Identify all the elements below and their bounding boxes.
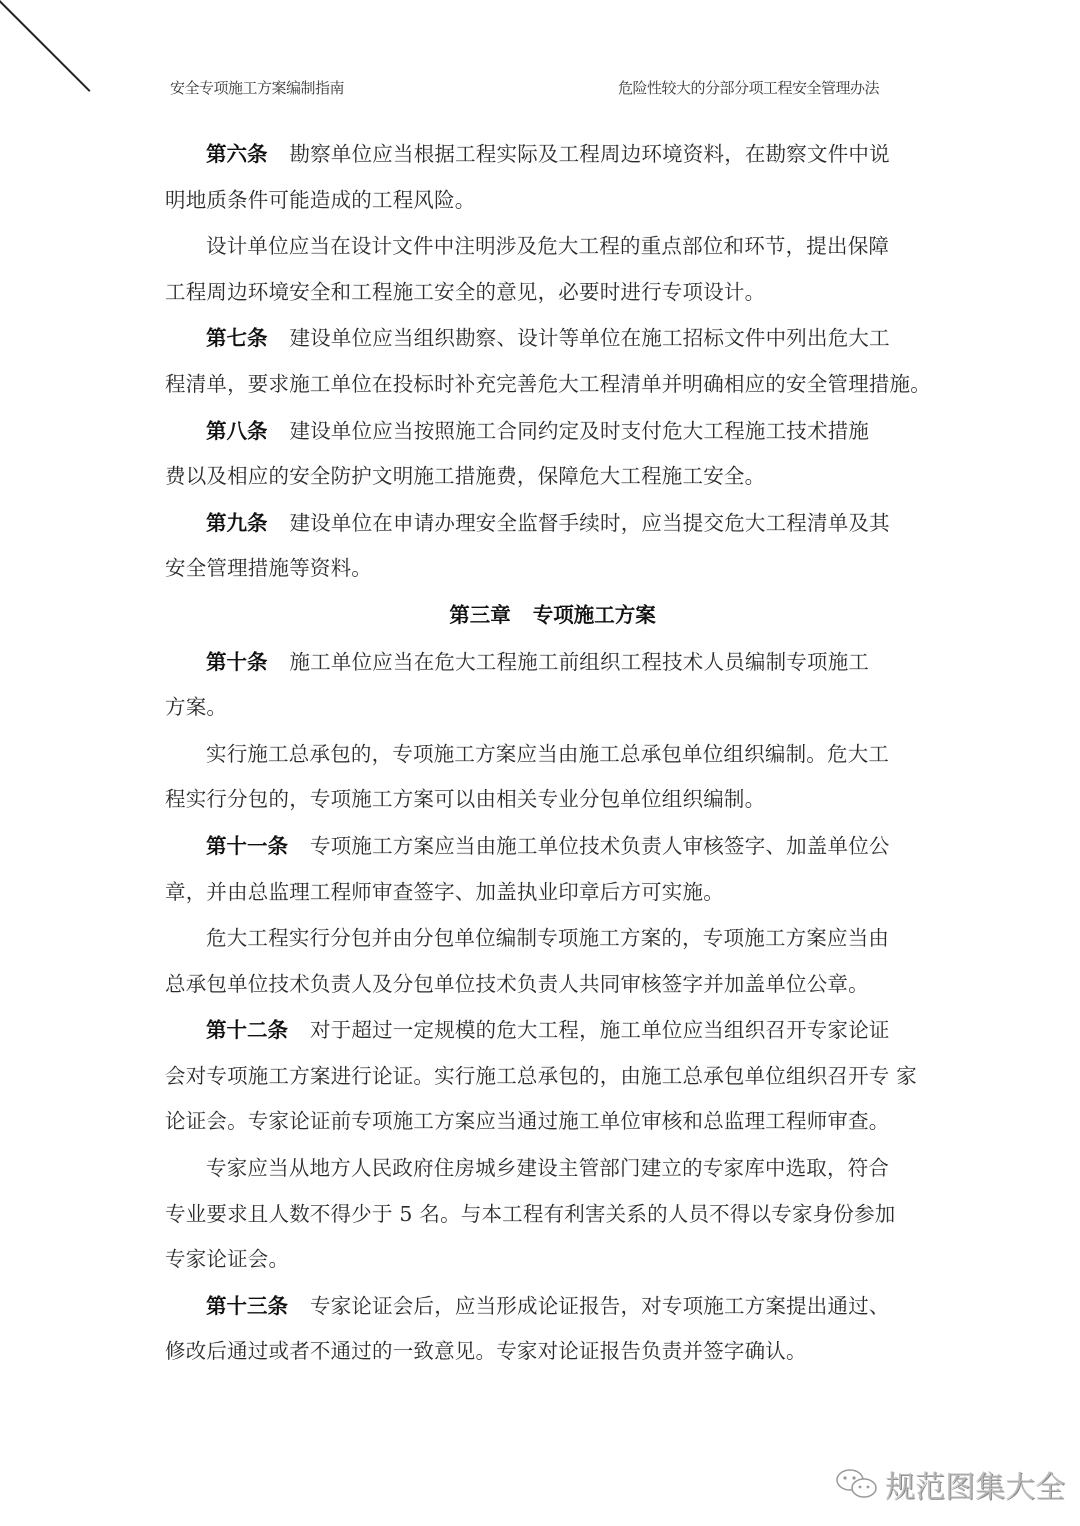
document-body: 第六条勘察单位应当根据工程实际及工程周边环境资料，在勘察文件中说明地质条件可能造… [165,132,920,1375]
watermark-text: 规范图集大全 [885,1462,1065,1506]
header-left-title: 安全专项施工方案编制指南 [170,77,344,98]
article-text: 对于超过一定规模的危大工程，施工单位应当组织召开专家论证 [310,1018,890,1042]
continuation-line: 章，并由总监理工程师审查签字、加盖执业印章后方可实施。 [165,870,920,916]
continuation-line: 程清单，要求施工单位在投标时补充完善危大工程清单并明确相应的安全管理措施。 [165,362,920,408]
article-text: 专家论证会后，应当形成论证报告，对专项施工方案提出通过、 [310,1294,890,1318]
article-line: 第十二条对于超过一定规模的危大工程，施工单位应当组织召开专家论证 [165,1008,920,1054]
continuation-line: 明地质条件可能造成的工程风险。 [165,178,920,224]
article-label: 第七条 [206,326,268,350]
article-line: 第六条勘察单位应当根据工程实际及工程周边环境资料，在勘察文件中说 [165,132,920,178]
paragraph-line: 危大工程实行分包并由分包单位编制专项施工方案的，专项施工方案应当由 [165,916,920,962]
article-label: 第十条 [206,650,268,674]
header-right-title: 危险性较大的分部分项工程安全管理办法 [618,77,879,98]
article-text: 建设单位应当组织勘察、设计等单位在施工招标文件中列出危大工 [290,326,890,350]
continuation-line: 论证会。专家论证前专项施工方案应当通过施工单位审核和总监理工程师审查。 [165,1099,920,1145]
article-label: 第十一条 [206,834,288,858]
chapter-heading: 第三章专项施工方案 [165,593,920,639]
continuation-line: 修改后通过或者不通过的一致意见。专家对论证报告负责并签字确认。 [165,1329,920,1375]
article-label: 第六条 [206,142,268,166]
continuation-line: 安全管理措施等资料。 [165,546,920,592]
article-label: 第八条 [206,419,268,443]
paragraph-line: 专家应当从地方人民政府住房城乡建设主管部门建立的专家库中选取，符合 [165,1146,920,1192]
continuation-line: 专家论证会。 [165,1237,920,1283]
wechat-icon [835,1467,879,1501]
article-label: 第十二条 [206,1018,288,1042]
continuation-line: 总承包单位技术负责人及分包单位技术负责人共同审核签字并加盖单位公章。 [165,962,920,1008]
continuation-line: 专业要求且人数不得少于 5 名。与本工程有利害关系的人员不得以专家身份参加 [165,1192,920,1238]
paragraph-line: 实行施工总承包的，专项施工方案应当由施工总承包单位组织编制。危大工 [165,732,920,778]
article-line: 第八条建设单位应当按照施工合同约定及时支付危大工程施工技术措施 [165,409,920,455]
continuation-line: 方案。 [165,685,920,731]
watermark: 规范图集大全 [835,1462,1065,1506]
continuation-line: 会对专项施工方案进行论证。实行施工总承包的，由施工总承包单位组织召开专 家 [165,1054,920,1100]
continuation-line: 工程周边环境安全和工程施工安全的意见，必要时进行专项设计。 [165,270,920,316]
article-line: 第十条施工单位应当在危大工程施工前组织工程技术人员编制专项施工 [165,640,920,686]
article-label: 第十三条 [206,1294,288,1318]
article-text: 施工单位应当在危大工程施工前组织工程技术人员编制专项施工 [290,650,870,674]
article-text: 建设单位应当按照施工合同约定及时支付危大工程施工技术措施 [290,419,870,443]
chapter-title: 专项施工方案 [533,603,656,627]
continuation-line: 程实行分包的，专项施工方案可以由相关专业分包单位组织编制。 [165,777,920,823]
article-line: 第十三条专家论证会后，应当形成论证报告，对专项施工方案提出通过、 [165,1284,920,1330]
article-label: 第九条 [206,511,268,535]
article-line: 第十一条专项施工方案应当由施工单位技术负责人审核签字、加盖单位公 [165,824,920,870]
article-text: 建设单位在申请办理安全监督手续时，应当提交危大工程清单及其 [290,511,890,535]
article-line: 第九条建设单位在申请办理安全监督手续时，应当提交危大工程清单及其 [165,501,920,547]
continuation-line: 费以及相应的安全防护文明施工措施费，保障危大工程施工安全。 [165,454,920,500]
article-text: 专项施工方案应当由施工单位技术负责人审核签字、加盖单位公 [310,834,890,858]
paragraph-line: 设计单位应当在设计文件中注明涉及危大工程的重点部位和环节，提出保障 [165,224,920,270]
corner-diagonal-line [0,0,91,92]
article-text: 勘察单位应当根据工程实际及工程周边环境资料，在勘察文件中说 [290,142,890,166]
article-line: 第七条建设单位应当组织勘察、设计等单位在施工招标文件中列出危大工 [165,316,920,362]
chapter-number: 第三章 [449,603,511,627]
